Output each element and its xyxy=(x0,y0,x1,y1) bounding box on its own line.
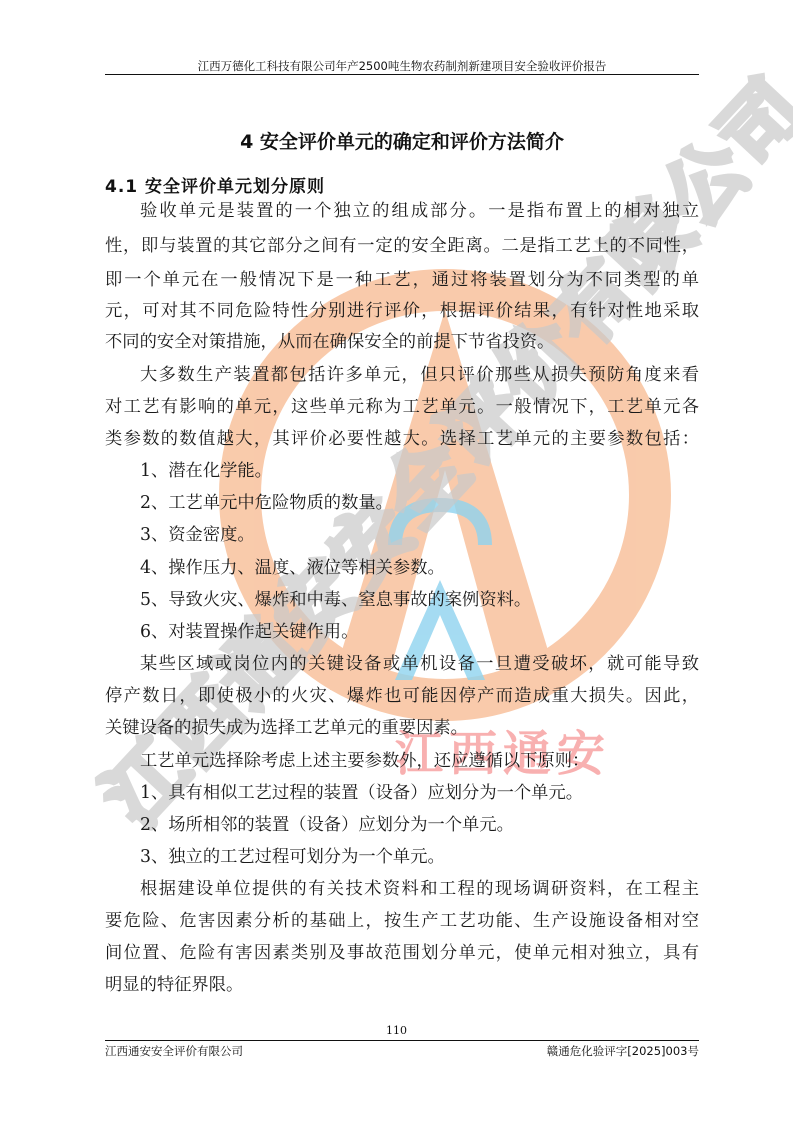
paragraph-line: 即一个单元在一般情况下是一种工艺，通过将装置划分为不同类型的单 xyxy=(105,265,699,295)
document-page: 江西万德化工科技有限公司年产2500吨生物农药制剂新建项目安全验收评价报告 江西… xyxy=(0,0,793,1122)
paragraph-line: 类参数的数值越大，其评价必要性越大。选择工艺单元的主要参数包括： xyxy=(105,424,699,454)
paragraph-line: 停产数日，即使极小的火灾、爆炸也可能因停产而造成重大损失。因此， xyxy=(105,681,699,711)
footer-rule xyxy=(105,1040,699,1041)
header-rule xyxy=(105,74,699,75)
paragraph-line: 不同的安全对策措施，从而在确保安全的前提下节省投资。 xyxy=(105,327,554,357)
footer-doc-number: 赣通危化验评字[2025]003号 xyxy=(547,1043,699,1059)
list-item: 3、独立的工艺过程可划分为一个单元。 xyxy=(140,842,445,872)
section-title: 4.1 安全评价单元划分原则 xyxy=(105,172,325,197)
list-item: 6、对装置操作起关键作用。 xyxy=(140,617,358,647)
paragraph-line: 工艺单元选择除考虑上述主要参数外，还应遵循以下原则： xyxy=(140,746,589,776)
list-item: 4、操作压力、温度、液位等相关参数。 xyxy=(140,553,445,583)
list-item: 5、导致火灾、爆炸和中毒、窒息事故的案例资料。 xyxy=(140,585,531,615)
paragraph-line: 间位置、危险有害因素类别及事故范围划分单元，使单元相对独立，具有 xyxy=(105,938,699,968)
paragraph-line: 明显的特征界限。 xyxy=(105,970,243,1000)
paragraph-line: 大多数生产装置都包括许多单元，但只评价那些从损失预防角度来看 xyxy=(140,360,699,390)
list-item: 2、工艺单元中危险物质的数量。 xyxy=(140,488,393,518)
footer-company: 江西通安安全评价有限公司 xyxy=(105,1043,243,1059)
list-item: 1、潜在化学能。 xyxy=(140,456,272,486)
list-item: 3、资金密度。 xyxy=(140,520,255,550)
paragraph-line: 性，即与装置的其它部分之间有一定的安全距离。二是指工艺上的不同性， xyxy=(105,231,699,261)
paragraph-line: 某些区域或岗位内的关键设备或单机设备一旦遭受破坏，就可能导致 xyxy=(140,649,699,679)
running-header: 江西万德化工科技有限公司年产2500吨生物农药制剂新建项目安全验收评价报告 xyxy=(105,58,699,74)
list-item: 2、场所相邻的装置（设备）应划分为一个单元。 xyxy=(140,810,514,840)
list-item: 1、具有相似工艺过程的装置（设备）应划分为一个单元。 xyxy=(140,778,583,808)
page-number: 110 xyxy=(0,1024,793,1037)
paragraph-line: 根据建设单位提供的有关技术资料和工程的现场调研资料，在工程主 xyxy=(140,874,699,904)
paragraph-line: 元，可对其不同危险特性分别进行评价，根据评价结果，有针对性地采取 xyxy=(105,296,699,326)
paragraph-line: 关键设备的损失成为选择工艺单元的重要因素。 xyxy=(105,713,468,743)
paragraph-line: 验收单元是装置的一个独立的组成部分。一是指布置上的相对独立 xyxy=(140,196,699,226)
paragraph-line: 要危险、危害因素分析的基础上，按生产工艺功能、生产设施设备相对空 xyxy=(105,906,699,936)
chapter-title: 4 安全评价单元的确定和评价方法简介 xyxy=(105,127,699,154)
paragraph-line: 对工艺有影响的单元，这些单元称为工艺单元。一般情况下，工艺单元各 xyxy=(105,392,699,422)
